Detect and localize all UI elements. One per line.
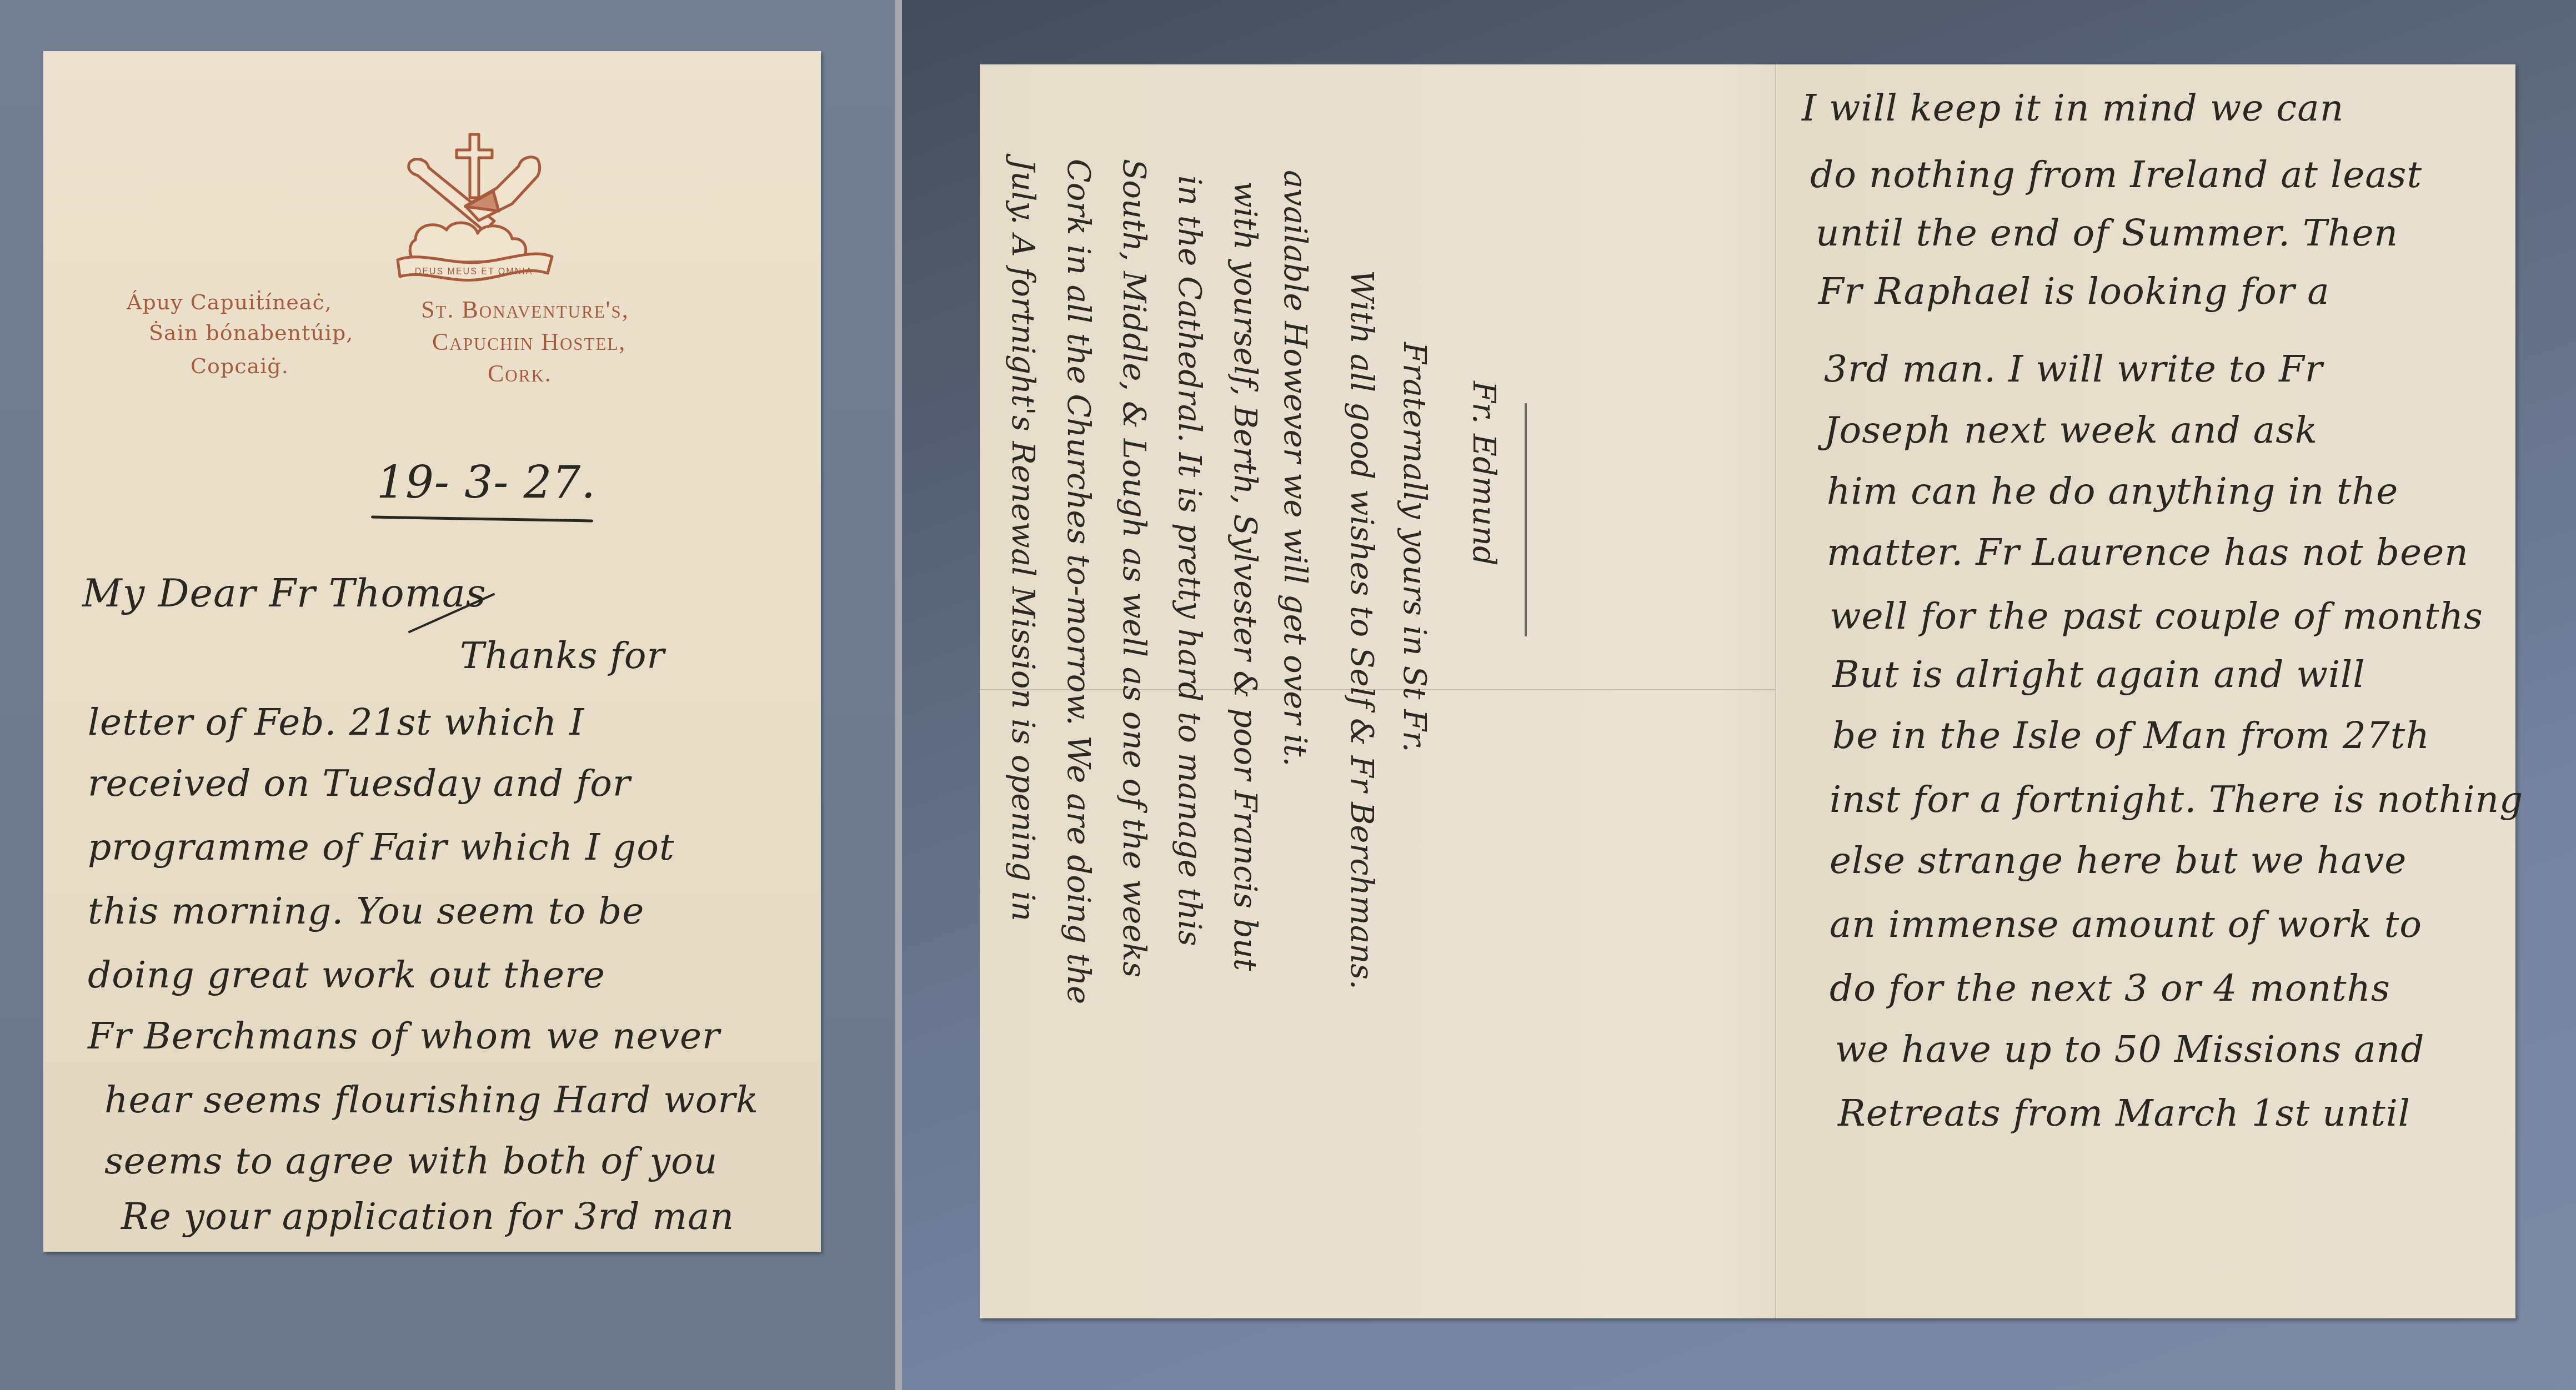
body-line: But is alright again and will [1832,653,2365,696]
rotated-line: Cork in all the Churches to-morrow. We a… [1060,159,1096,1004]
rotated-line: With all good wishes to Self & Fr Berchm… [1344,270,1380,990]
body-line: Thanks for [460,634,665,677]
body-line: Retreats from March 1st until [1838,1092,2410,1135]
body-line: doing great work out there [88,954,605,996]
letterhead-english-line-2: Capuchin Hostel, [432,328,626,356]
rotated-line: South, Middle, & Lough as well as one of… [1116,159,1152,977]
left-photo-panel: DEUS MEUS ET OMNIA Ápuy Capuiṫíneaċ, Ṡai… [0,0,895,1390]
center-fold [1775,64,1777,1318]
letter-date: 19- 3- 27. [377,456,596,508]
body-line: inst for a fortnight. There is nothing [1830,778,2523,821]
capuchin-crest-icon: DEUS MEUS ET OMNIA [388,129,560,290]
date-underline [371,516,593,523]
body-line: do for the next 3 or 4 months [1830,967,2390,1010]
letterhead-irish-line-2: Ṡain bónabentúip, [149,320,353,345]
rotated-line: with yourself, Berth, Sylvester & poor F… [1227,181,1263,971]
image-divider [895,0,902,1390]
letterhead-irish-line-1: Ápuy Capuiṫíneaċ, [127,290,332,314]
body-line: an immense amount of work to [1830,903,2422,946]
body-line: we have up to 50 Missions and [1835,1028,2424,1071]
rotated-line: available However we will get over it. [1277,170,1313,766]
signature-underline [1525,403,1527,636]
body-line: Fr Berchmans of whom we never [88,1015,720,1057]
rotated-line: Fraternally yours in St Fr. [1396,342,1432,752]
body-line: well for the past couple of months [1830,595,2483,638]
body-line: 3rd man. I will write to Fr [1824,348,2323,390]
body-line: received on Tuesday and for [88,762,631,805]
body-line: letter of Feb. 21st which I [88,701,584,744]
body-line: Joseph next week and ask [1824,409,2318,451]
folded-letter-sheet: July. A fortnight's Renewal Mission is o… [980,64,2515,1318]
right-photo-panel: July. A fortnight's Renewal Mission is o… [902,0,2576,1390]
body-line: be in the Isle of Man from 27th [1832,714,2430,757]
body-line: do nothing from Ireland at least [1810,153,2422,196]
body-line: matter. Fr Laurence has not been [1827,531,2469,574]
letterhead-irish-line-3: Copcaiġ. [191,354,289,378]
body-line: him can he do anything in the [1827,470,2398,513]
letterhead-english-line-3: Cork. [488,359,552,388]
letterhead-page: DEUS MEUS ET OMNIA Ápuy Capuiṫíneaċ, Ṡai… [43,51,821,1252]
body-line: hear seems flourishing Hard work [104,1078,759,1121]
body-line: else strange here but we have [1830,839,2407,882]
body-line: Fr Raphael is looking for a [1818,270,2330,313]
body-line: until the end of Summer. Then [1816,212,2398,254]
body-line: I will keep it in mind we can [1802,87,2344,129]
body-line: seems to agree with both of you [104,1140,718,1182]
signature: Fr. Edmund [1466,381,1502,566]
crest-motto: DEUS MEUS ET OMNIA [415,267,533,277]
letterhead-english-line-1: St. Bonaventure's, [421,295,629,324]
letter-greeting: My Dear Fr Thomas [82,570,487,616]
body-line: Re your application for 3rd man [121,1195,734,1238]
rotated-line: July. A fortnight's Renewal Mission is o… [1005,159,1041,921]
body-line: this morning. You seem to be [88,890,644,932]
rotated-postscript-block: July. A fortnight's Renewal Mission is o… [1002,159,1746,1242]
rotated-line: in the Cathedral. It is pretty hard to m… [1171,175,1207,946]
body-line: programme of Fair which I got [88,826,674,869]
